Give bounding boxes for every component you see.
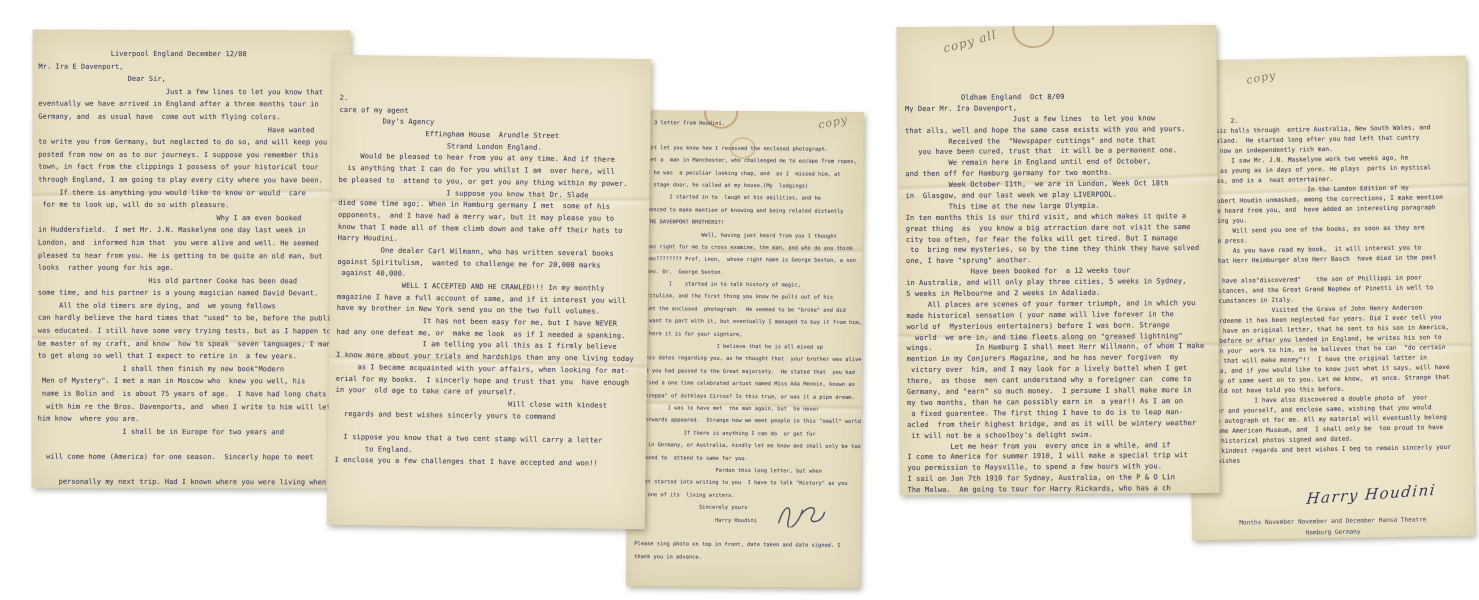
letter-line: Mr. Ira E Davenport,: [38, 60, 344, 73]
letter-line: Have wanted: [38, 123, 344, 136]
letter-line: Liverpool England December 12/08: [39, 48, 345, 61]
letter-line: was educated. I still have some very try…: [38, 325, 344, 338]
photo-of-houdini-letters: { "colors": { "background": "#ffffff", "…: [0, 0, 1479, 600]
letter-line: Germany, and as usual have come out with…: [38, 111, 344, 124]
typed-letter-text: 2.care of my agent Day's Agency Effingha…: [335, 93, 644, 471]
letter-line: to write you from Germany, but neglected…: [38, 136, 344, 149]
letter-line: thank you in advance.: [634, 551, 856, 565]
letter-line: can hardly believe the hard times that "…: [38, 312, 344, 325]
letter-line: Just a few lines to let you know that: [38, 85, 344, 98]
letter-sheet-oldham-page-2: copy 2. of music halls through entire Au…: [1184, 56, 1474, 541]
ring-stain: [730, 137, 756, 159]
letter-line: London, and informed him that you were a…: [38, 237, 344, 250]
letter-line: Dear Sir,: [38, 73, 344, 86]
letter-line: with him re the Bros. Davenports, and wh…: [38, 400, 344, 413]
letter-line: All the old timers are dying, and we you…: [38, 299, 344, 312]
letter-line: acled from their highest bridge, and as …: [907, 418, 1213, 431]
typed-letter-text: Page 3 letter from Houdini. I must let y…: [634, 117, 860, 565]
letter-line: I shall be in Europe for two years and: [38, 425, 344, 438]
letter-line: pleased to hear from you. He is getting …: [38, 249, 344, 262]
letter-line: His old partner Cooke has been dead: [38, 274, 344, 287]
letter-line: town, in fact from the clippings I posse…: [38, 161, 344, 174]
letter-line: name is Bolin and is about 75 years of a…: [38, 388, 344, 401]
letter-line: posted from now on as to our journeys. I…: [38, 148, 344, 161]
letter-sheet-oldham-page-1: copy all Oldham England Oct 8/09My Dear …: [896, 25, 1219, 495]
pencil-note: copy all: [942, 28, 999, 56]
letter-line: to get along so well that I expect to re…: [38, 350, 344, 363]
letter-line: personally my next trip. Had I known whe…: [37, 476, 343, 489]
letter-line: looks rather young for his age.: [38, 262, 344, 275]
letter-footer: Months November November and December Ha…: [1192, 514, 1474, 541]
signature-flourish: [774, 501, 826, 527]
letter-line: that alls, well and hope the same case e…: [905, 124, 1211, 137]
letter-line: will come home (America) for one season.…: [37, 451, 343, 464]
letter-line: If there is anything you would like to k…: [38, 186, 344, 199]
pencil-note: copy: [1245, 68, 1277, 86]
ring-stain: [1012, 25, 1054, 48]
typed-letter-text: Liverpool England December 12/08Mr. Ira …: [37, 48, 344, 489]
letter-line: in Huddersfield. I met Mr. J.N. Maskelyn…: [38, 224, 344, 237]
letter-line: eventually we have arrived in England af…: [38, 98, 344, 111]
letter-sheet-liverpool-page-1: Liverpool England December 12/08Mr. Ira …: [31, 30, 350, 489]
harry-houdini-signature: Harry Houdini: [1306, 481, 1437, 508]
letter-line: [37, 463, 343, 476]
letter-line: for me to look up, will do so with pleas…: [38, 199, 344, 212]
typed-letter-text: Oldham England Oct 8/09My Dear Mr. Ira D…: [905, 91, 1214, 495]
letter-line: some time, and his partner is a young ma…: [38, 287, 344, 300]
letter-sheet-liverpool-page-2: 2.care of my agent Day's Agency Effingha…: [327, 55, 652, 529]
letter-line: him know where you are.: [38, 413, 344, 426]
typed-letter-text: 2. of music halls through entire Austral…: [1193, 113, 1467, 468]
letter-line: through England, I am going to play ever…: [38, 174, 344, 187]
letter-line: The Malwa. Am going to tour for Harry Ri…: [908, 483, 1214, 495]
letter-line: Why I am even booked: [38, 211, 344, 224]
letter-sheet-houdini-page-3: copy Page 3 letter from Houdini. I must …: [626, 110, 864, 588]
letter-line: [37, 438, 343, 451]
letter-line: I shall then finish my new book"Modern: [38, 362, 344, 375]
letter-line: be master of my craft, and know how to s…: [38, 337, 344, 350]
letter-line: Men of Mystery". I met a man in Moscow w…: [38, 375, 344, 388]
